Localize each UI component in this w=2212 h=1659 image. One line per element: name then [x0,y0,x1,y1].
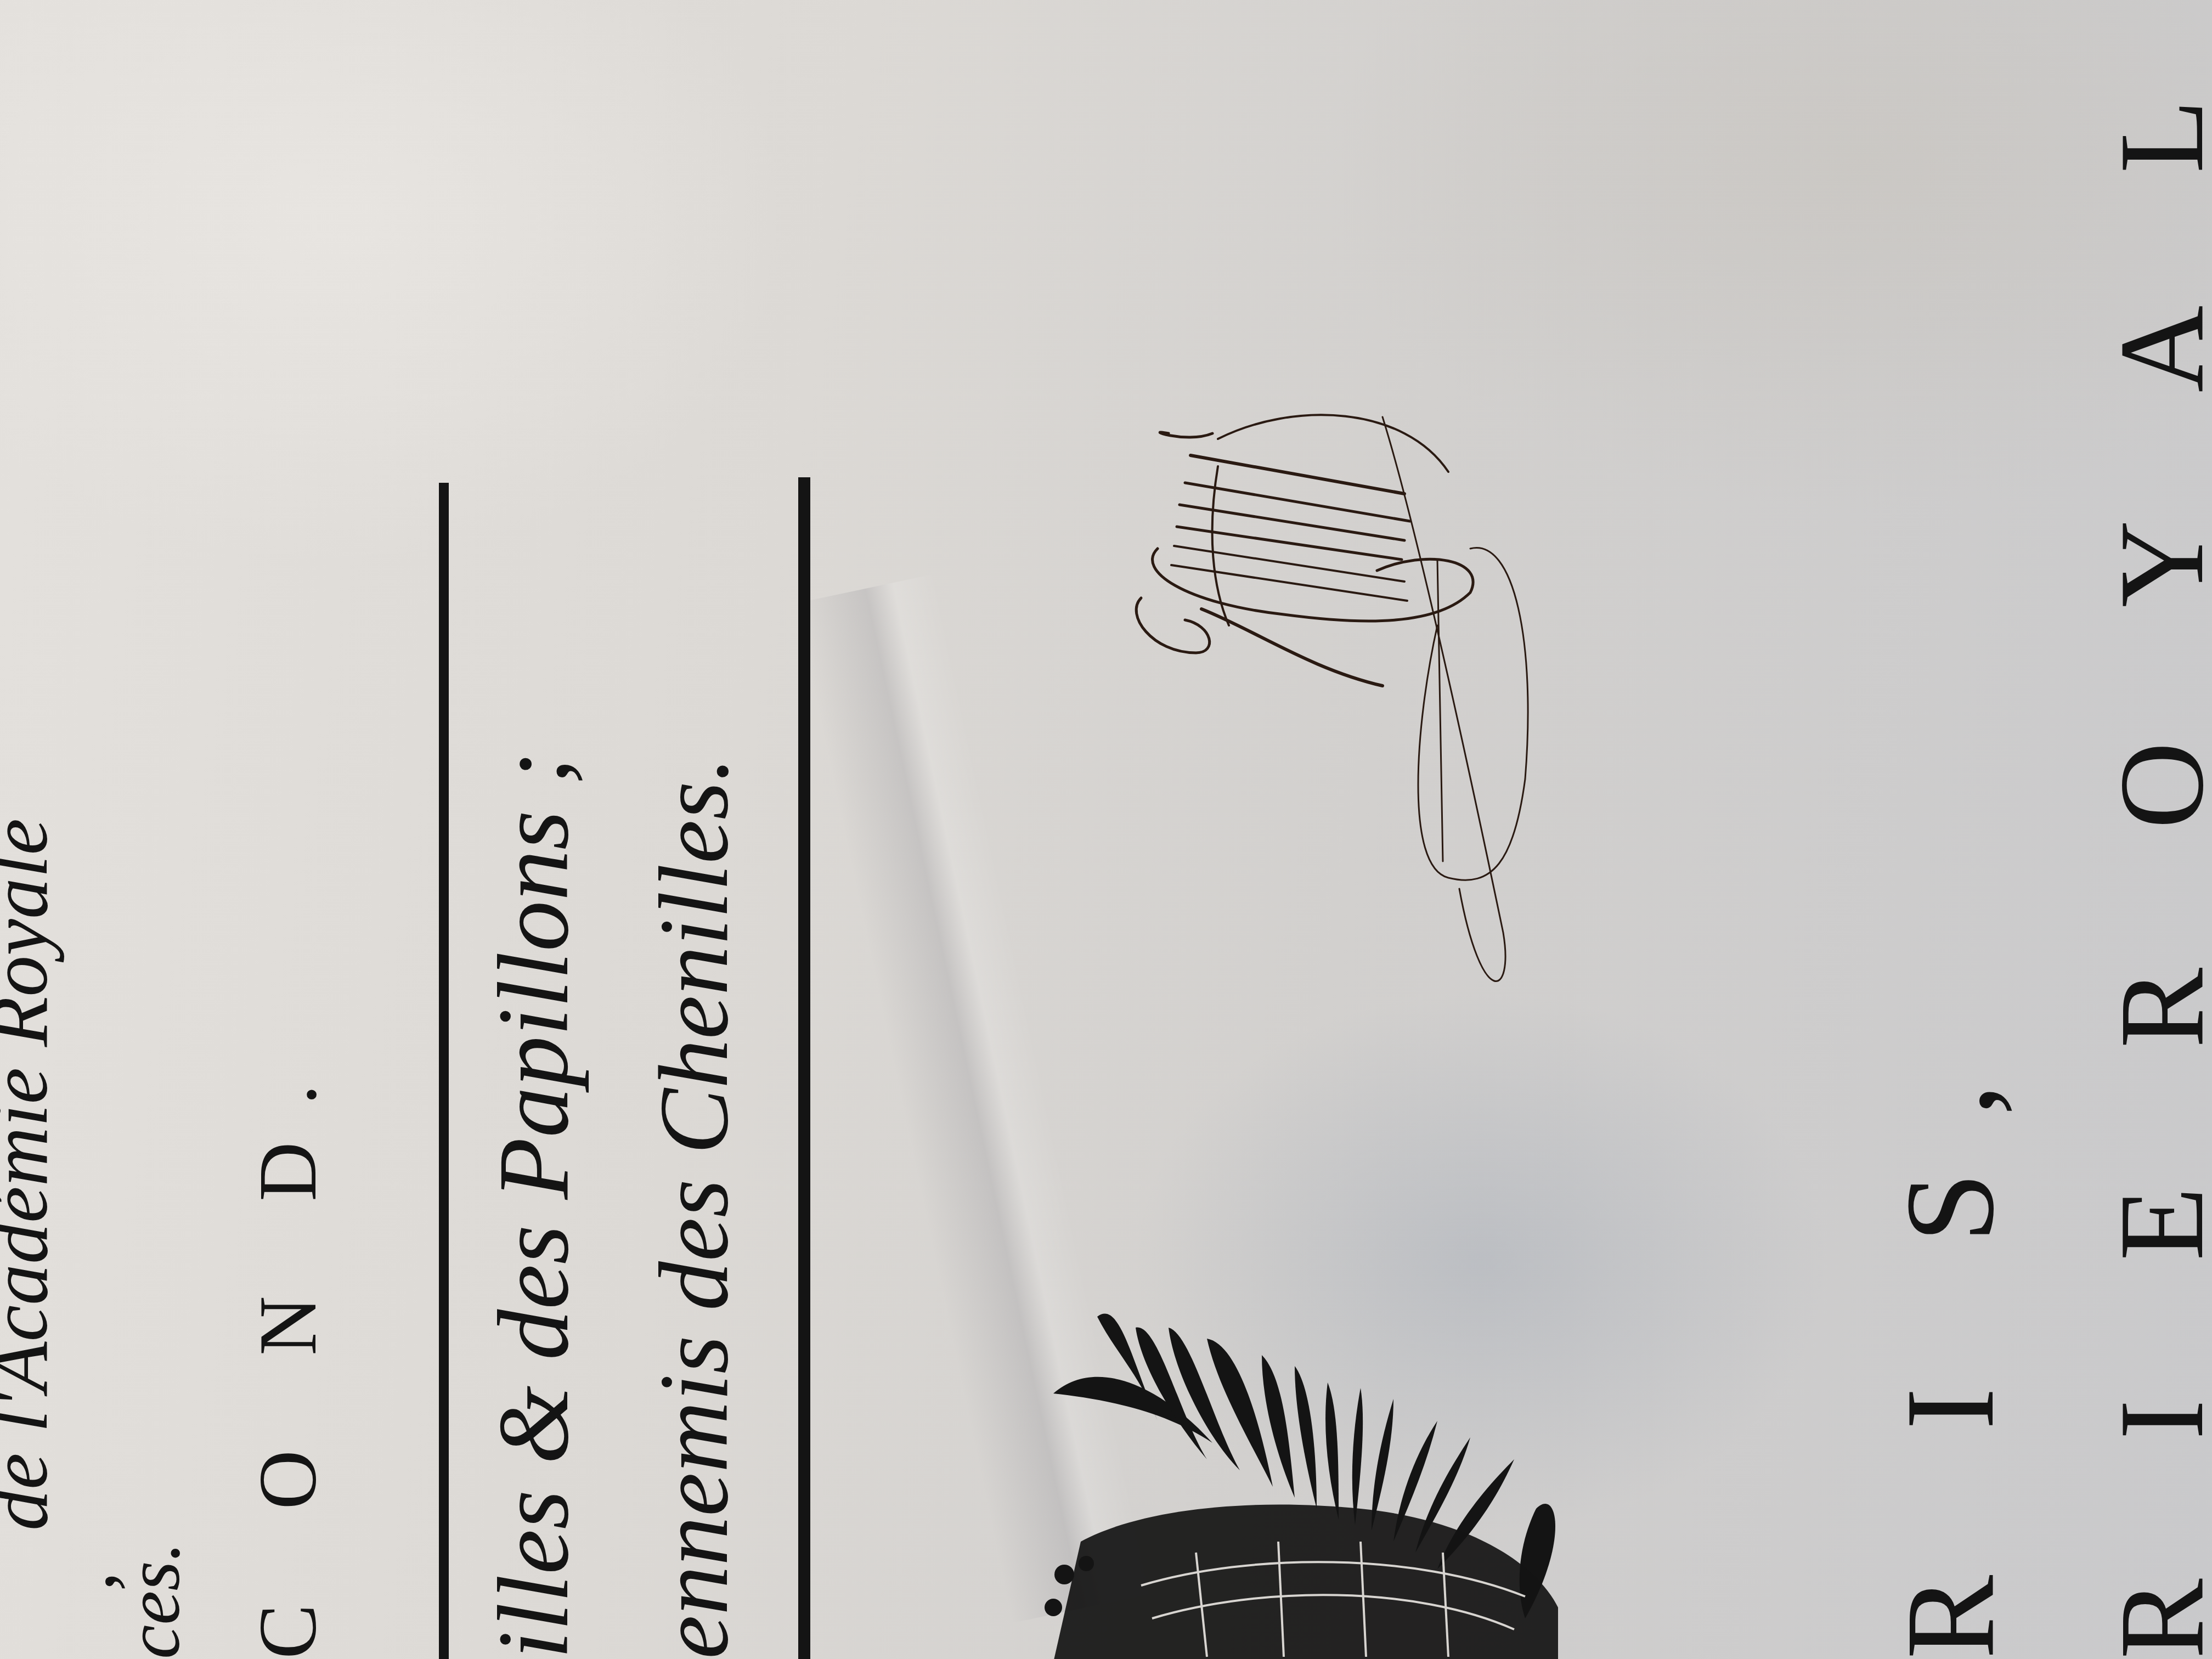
handwritten-signature [1119,395,1536,1042]
top-rule [439,483,449,1659]
line-sciences: ces. [115,1542,192,1659]
comma-mark: , [49,1572,126,1591]
line-title-papillons: illes & des Papillons ; [483,751,584,1659]
bottom-rule [798,477,810,1659]
line-a-paris: R I S, [1887,1028,2013,1659]
line-academie-royale: de l'Académie Royale [0,819,60,1531]
line-imprimerie-royale: R I E R O Y A L E. [2101,0,2212,1659]
woodcut-ornament-icon [1031,1278,1668,1659]
line-tome-second: C O N D. [247,1047,329,1659]
line-title-chenilles: ennemis des Chenilles. [645,757,743,1659]
